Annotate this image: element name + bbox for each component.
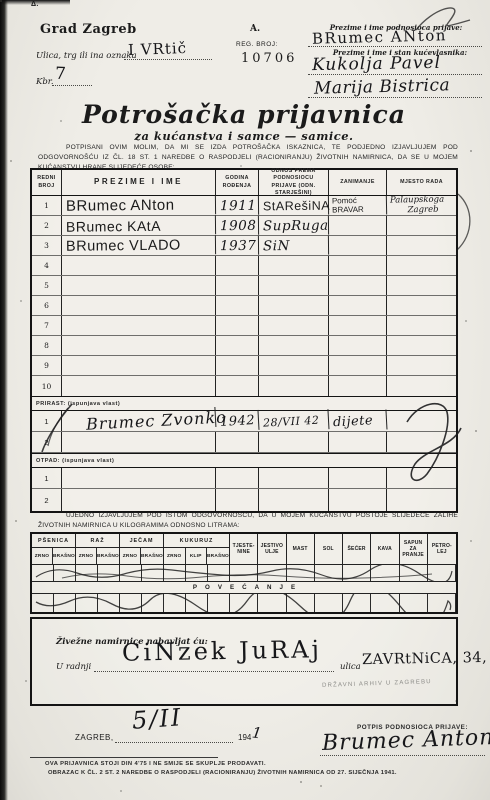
footnote-2: OBRAZAC K ČL. 2 ST. 2 NAREDBE O RASPODJE…	[48, 770, 397, 776]
footnote-separator	[30, 757, 218, 758]
signoff-date-handwritten: 5/II	[131, 703, 183, 734]
otpad-date	[259, 468, 329, 488]
sub-label: BRAŠNO	[207, 548, 229, 564]
otpad-row-1: 1	[32, 468, 456, 489]
otpad-name	[62, 468, 216, 488]
row-number: 7	[32, 316, 62, 335]
person-occupation	[329, 216, 387, 235]
shop-street-label: ulica	[340, 662, 361, 672]
group-kukuruz: KUKURUZ ZRNO KLIP BRAŠNO	[164, 534, 230, 564]
otpad-name	[62, 489, 216, 511]
row-number: 1	[32, 468, 62, 488]
house-number-label: Kbr.	[36, 77, 54, 87]
signoff-date-dotted-line	[115, 742, 233, 743]
column-mast: MAST	[287, 534, 315, 564]
sub-label: ZRNO	[120, 548, 141, 564]
row-number: 6	[32, 296, 62, 315]
persons-table-header: REDNI BROJ PREZIME I IME GODINA ROĐENJA …	[32, 170, 456, 196]
workplace-line2: Zagreb	[390, 205, 456, 215]
applicant-value-handwritten: BRumec ANton	[312, 26, 447, 48]
otpad-year	[216, 468, 259, 488]
column-petrolej: PETRO- LEJ	[428, 534, 456, 564]
group-label: KUKURUZ	[164, 534, 229, 548]
column-sapun: SAPUN ZA PRANJE	[400, 534, 428, 564]
otpad-row-2: 2	[32, 489, 456, 511]
person-name	[62, 276, 216, 295]
row-number: 5	[32, 276, 62, 295]
otpad-band-label: OTPAD: (ispunjava vlast)	[32, 453, 456, 468]
corner-mark: Δ.	[31, 1, 39, 8]
person-year	[216, 376, 259, 396]
person-workplace	[387, 256, 456, 275]
column-tjestenine: TJESTE- NINE	[230, 534, 258, 564]
document-subtitle: za kućanstva i samce — samice.	[30, 129, 458, 143]
person-relation	[259, 316, 329, 335]
sub-label: ZRNO	[164, 548, 186, 564]
person-occupation	[329, 356, 387, 375]
sub-label: ZRNO	[32, 548, 53, 564]
person-workplace	[387, 216, 456, 235]
column-secer: ŠEĆER	[343, 534, 371, 564]
person-year: 1908	[216, 216, 259, 235]
group-raz: RAŽ ZRNO BRAŠNO	[76, 534, 120, 564]
person-workplace	[387, 276, 456, 295]
person-year	[216, 256, 259, 275]
person-row-2: 2 BRumec KAtA 1908 SupRuga	[32, 216, 456, 236]
sub-label: BRAŠNO	[97, 548, 119, 564]
person-row-6: 6	[32, 296, 456, 316]
street-label: Ulica, trg ili ina oznaka	[36, 51, 137, 61]
row-number: 8	[32, 336, 62, 355]
prirast-date	[259, 432, 329, 452]
person-row-5: 5	[32, 276, 456, 296]
person-name: BRumec ANton	[62, 195, 216, 216]
person-occupation	[329, 296, 387, 315]
otpad-sig	[387, 489, 456, 511]
shop-street-value-handwritten: ZAVRtNiCA, 34,	[362, 650, 487, 668]
prirast-relation	[329, 432, 387, 452]
otpad-relation	[329, 489, 387, 511]
person-occupation	[329, 316, 387, 335]
group-psenica: PŠENICA ZRNO BRAŠNO	[32, 534, 76, 564]
person-year	[216, 356, 259, 375]
house-number-dotted-line	[52, 85, 92, 86]
form-letter: A.	[250, 24, 260, 34]
person-relation: StARešiNA	[259, 196, 329, 216]
street-dotted-line	[124, 59, 212, 60]
row-number: 2	[32, 216, 62, 235]
person-year	[216, 316, 259, 335]
header-prezime-ime: PREZIME I IME	[62, 170, 216, 195]
landlord-value-line1-handwritten: Kukolja Pavel	[312, 53, 441, 75]
person-occupation	[329, 256, 387, 275]
person-name	[62, 316, 216, 335]
scan-noise	[0, 0, 2, 2]
person-row-4: 4	[32, 256, 456, 276]
column-jestivo-ulje: JESTIVO ULJE	[258, 534, 286, 564]
prirast-date-handwritten: 28/VII 42	[259, 409, 330, 433]
person-row-10: 10	[32, 376, 456, 396]
prirast-name-handwritten: Brumec Zvonko	[62, 407, 217, 435]
person-relation	[259, 336, 329, 355]
landlord-value-line2-handwritten: Marija Bistrica	[314, 75, 451, 99]
otpad-relation	[329, 468, 387, 488]
person-occupation	[329, 376, 387, 396]
prirast-band-label: PRIRAST: (ispunjava vlast)	[32, 396, 456, 411]
supplies-header: PŠENICA ZRNO BRAŠNO RAŽ ZRNO BRAŠNO JEČA…	[32, 534, 456, 564]
prirast-signature-cell	[387, 411, 456, 431]
footnote-1: OVA PRIJAVNICA STOJI DIN 4'75 I NE SMIJE…	[45, 761, 266, 767]
street-value-handwritten: I VRtič	[128, 39, 188, 59]
shop-store-dotted-line	[94, 671, 334, 672]
otpad-year	[216, 489, 259, 511]
person-occupation	[329, 336, 387, 355]
person-year: 1937	[216, 236, 259, 255]
person-year	[216, 296, 259, 315]
persons-table: REDNI BROJ PREZIME I IME GODINA ROĐENJA …	[30, 168, 458, 513]
occupation-line2: BRAVAR	[332, 205, 386, 215]
column-sol: SOL	[315, 534, 343, 564]
house-number-value-handwritten: 7	[54, 64, 66, 85]
person-workplace	[387, 376, 456, 396]
archive-stamp: DRŽAVNI ARHIV U ZAGREBU	[322, 679, 432, 689]
person-year	[216, 276, 259, 295]
row-number: 10	[32, 376, 62, 396]
person-workplace	[387, 296, 456, 315]
person-row-7: 7	[32, 316, 456, 336]
person-name	[62, 336, 216, 355]
header-mjesto-rada: MJESTO RADA	[387, 170, 456, 195]
person-name	[62, 376, 216, 396]
prirast-name	[62, 432, 216, 452]
supplies-intro-paragraph: UJEDNO IZJAVLJUJEM POD ISTOM ODGOVORNOŠĆ…	[38, 511, 458, 531]
person-relation	[259, 376, 329, 396]
group-jecam: JEČAM ZRNO BRAŠNO	[120, 534, 164, 564]
otpad-date	[259, 489, 329, 511]
person-name: BRumec KAtA	[62, 215, 216, 236]
person-row-9: 9	[32, 356, 456, 376]
supplies-table: PŠENICA ZRNO BRAŠNO RAŽ ZRNO BRAŠNO JEČA…	[30, 532, 458, 614]
reg-number-value: 10706	[241, 51, 297, 66]
row-number: 1	[32, 196, 62, 215]
person-row-1: 1 BRumec ANton 1911 StARešiNA Pomoć BRAV…	[32, 196, 456, 216]
scan-edge-shadow	[0, 0, 8, 800]
person-relation	[259, 256, 329, 275]
group-label: PŠENICA	[32, 534, 75, 548]
row-number: 2	[32, 489, 62, 511]
supplies-increase-values-row	[32, 593, 456, 612]
header-zanimanje: ZANIMANJE	[329, 170, 387, 195]
person-year	[216, 336, 259, 355]
person-name	[62, 256, 216, 275]
person-workplace	[387, 236, 456, 255]
scanned-document: Δ. Grad Zagreb Ulica, trg ili ina oznaka…	[0, 0, 490, 800]
person-name	[62, 296, 216, 315]
person-name: BRumec VLADO	[62, 235, 216, 256]
person-row-8: 8	[32, 336, 456, 356]
povecanje-band: POVEĆANJE	[32, 581, 456, 593]
person-occupation	[329, 276, 387, 295]
row-number: 4	[32, 256, 62, 275]
supplies-values-row	[32, 564, 456, 581]
person-name	[62, 356, 216, 375]
group-label: RAŽ	[76, 534, 119, 548]
person-year: 1911	[216, 196, 259, 215]
sub-label: BRAŠNO	[141, 548, 163, 564]
person-workplace: Palaupskoga Zagreb	[387, 195, 456, 215]
row-number: 2	[32, 432, 62, 452]
person-workplace	[387, 356, 456, 375]
shop-box: Živežne namirnice nabavljat ću: U radnji…	[30, 617, 458, 706]
header-redni-broj: REDNI BROJ	[32, 170, 62, 195]
sub-label: ZRNO	[76, 548, 97, 564]
prirast-row-2: 2	[32, 432, 456, 453]
person-row-3: 3 BRumec VLADO 1937 SiN	[32, 236, 456, 256]
otpad-sig	[387, 468, 456, 488]
row-number: 1	[32, 411, 62, 431]
signoff-year-printed: 194	[238, 733, 251, 742]
header-odnos: ODNOS PREMA PODNOSIOCU PRIJAVE (ODN. STA…	[259, 170, 329, 195]
person-workplace	[387, 316, 456, 335]
sub-label: BRAŠNO	[53, 548, 75, 564]
prirast-row-1: 1 Brumec Zvonko 1942 28/VII 42 dijete	[32, 411, 456, 432]
shop-store-label: U radnji	[56, 662, 91, 672]
prirast-sig	[387, 432, 456, 452]
row-number: 3	[32, 236, 62, 255]
reg-number-label: REG. BROJ:	[236, 41, 278, 48]
signature-handwritten: Brumec Anton	[322, 725, 490, 756]
signoff-city: ZAGREB,	[75, 733, 114, 742]
document-title: Potrošačka prijavnica	[30, 100, 458, 129]
row-number: 9	[32, 356, 62, 375]
signoff-year-handwritten: 1	[251, 723, 263, 742]
prirast-year-handwritten: 1942	[216, 410, 260, 432]
person-relation: SupRuga	[259, 216, 329, 236]
header-godina: GODINA ROĐENJA	[216, 170, 259, 195]
person-occupation	[329, 236, 387, 255]
person-relation	[259, 276, 329, 295]
city-name: Grad Zagreb	[40, 22, 137, 37]
shop-store-value-handwritten: CiNzek JuRAj	[122, 635, 322, 666]
prirast-year	[216, 432, 259, 452]
person-workplace	[387, 336, 456, 355]
group-label: JEČAM	[120, 534, 163, 548]
person-relation	[259, 296, 329, 315]
person-relation	[259, 356, 329, 375]
sub-label: KLIP	[186, 548, 208, 564]
prirast-relation-handwritten: dijete	[329, 409, 388, 432]
person-occupation: Pomoć BRAVAR	[329, 195, 387, 215]
column-kava: KAVA	[371, 534, 399, 564]
person-relation: SiN	[259, 236, 329, 256]
